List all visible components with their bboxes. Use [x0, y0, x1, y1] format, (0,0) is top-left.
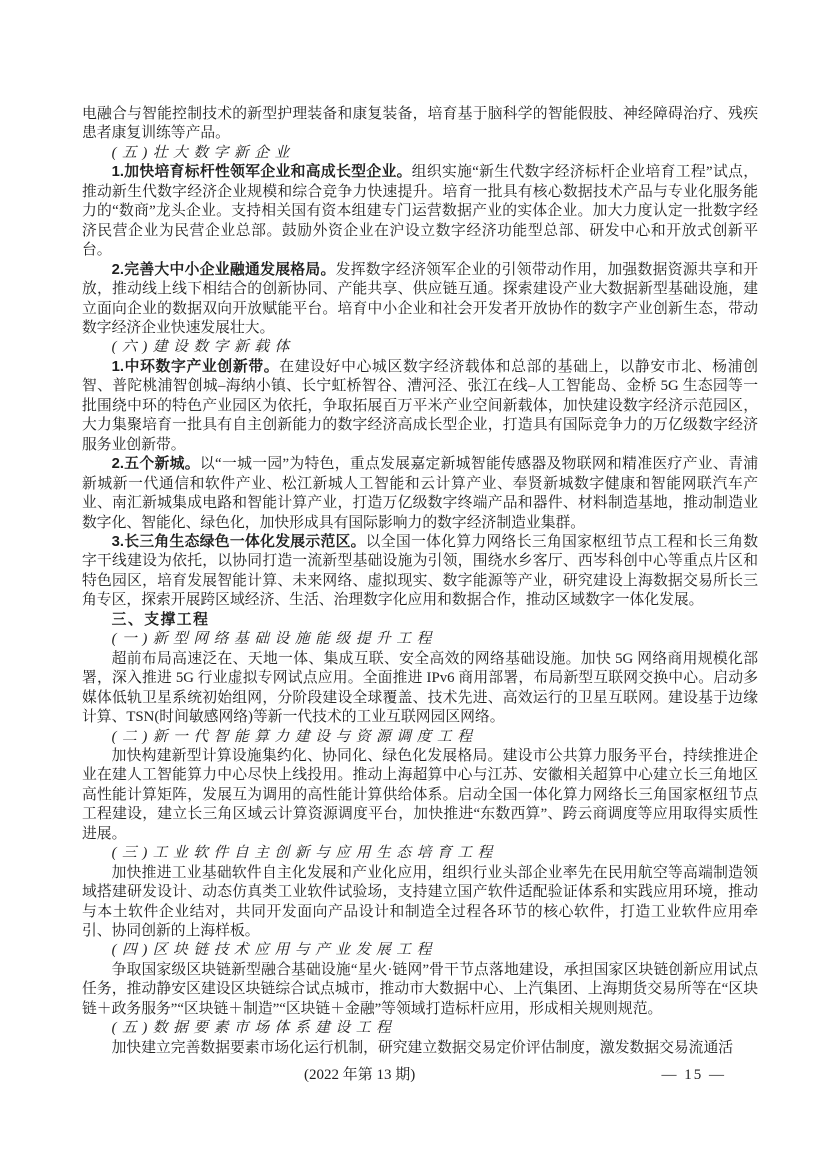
section-heading: (五)数据要素市场体系建设工程 — [82, 1019, 758, 1038]
paragraph: 2.五个新城。以“一城一园”为特色，重点发展嘉定新城智能传感器及物联网和精准医疗… — [82, 455, 758, 533]
document-page: 电融合与智能控制技术的新型护理装备和康复装备，培育基于脑科学的智能假肢、神经障碍… — [0, 0, 827, 1170]
bold-lead-text: 2.五个新城。 — [112, 456, 200, 472]
bold-lead-text: 三、支撑工程 — [112, 612, 210, 628]
paragraph: 1.加快培育标杆性领军企业和高成长型企业。组织实施“新生代数字经济标杆企业培育工… — [82, 163, 758, 260]
kai-heading-text: (二)新一代智能算力建设与资源调度工程 — [112, 729, 478, 745]
paragraph: 电融合与智能控制技术的新型护理装备和康复装备，培育基于脑科学的智能假肢、神经障碍… — [82, 105, 758, 144]
text-segment: 加快推进工业基础软件自主化发展和产业化应用，组织行业头部企业率先在民用航空等高端… — [82, 865, 758, 939]
section-heading: (二)新一代智能算力建设与资源调度工程 — [82, 728, 758, 747]
document-text: 电融合与智能控制技术的新型护理装备和康复装备，培育基于脑科学的智能假肢、神经障碍… — [82, 105, 758, 1058]
kai-heading-text: (五)数据要素市场体系建设工程 — [112, 1020, 397, 1036]
paragraph: 1.中环数字产业创新带。在建设好中心城区数字经济载体和总部的基础上，以静安市北、… — [82, 358, 758, 455]
text-segment: 超前布局高速泛在、天地一体、集成互联、安全高效的网络基础设施。加快 5G 网络商… — [82, 651, 758, 725]
paragraph: 加快建立完善数据要素市场化运行机制，研究建立数据交易定价评估制度，激发数据交易流… — [82, 1039, 758, 1058]
kai-heading-text: (三)工业软件自主创新与应用生态培育工程 — [112, 845, 498, 861]
paragraph: 2.完善大中小企业融通发展格局。发挥数字经济领军企业的引领带动作用，加强数据资源… — [82, 261, 758, 339]
section-heading: (三)工业软件自主创新与应用生态培育工程 — [82, 844, 758, 863]
kai-heading-text: (五)壮大数字新企业 — [112, 145, 295, 161]
kai-heading-text: (四)区块链技术应用与产业发展工程 — [112, 942, 437, 958]
section-heading: (五)壮大数字新企业 — [82, 144, 758, 163]
bold-lead-text: 3.长三角生态绿色一体化发展示范区。 — [112, 534, 366, 550]
kai-heading-text: (六)建设数字新载体 — [112, 339, 295, 355]
kai-heading-text: (一)新型网络基础设施能级提升工程 — [112, 631, 437, 647]
paragraph: 争取国家级区块链新型融合基础设施“星火·链网”骨干节点落地建设，承担国家区块链创… — [82, 961, 758, 1019]
section-heading: 三、支撑工程 — [82, 611, 758, 630]
paragraph: 超前布局高速泛在、天地一体、集成互联、安全高效的网络基础设施。加快 5G 网络商… — [82, 650, 758, 728]
text-segment: 电融合与智能控制技术的新型护理装备和康复装备，培育基于脑科学的智能假肢、神经障碍… — [82, 106, 758, 141]
bold-lead-text: 2.完善大中小企业融通发展格局。 — [112, 262, 336, 278]
paragraph: 加快推进工业基础软件自主化发展和产业化应用，组织行业头部企业率先在民用航空等高端… — [82, 864, 758, 942]
section-heading: (一)新型网络基础设施能级提升工程 — [82, 630, 758, 649]
page-footer: (2022 年第 13 期) — 15 — — [82, 1064, 758, 1086]
paragraph: 加快构建新型计算设施集约化、协同化、绿色化发展格局。建设市公共算力服务平台，持续… — [82, 747, 758, 844]
page-number: — 15 — — [662, 1064, 727, 1086]
text-segment: 加快建立完善数据要素市场化运行机制，研究建立数据交易定价评估制度，激发数据交易流… — [112, 1040, 733, 1056]
bold-lead-text: 1.中环数字产业创新带。 — [112, 359, 280, 375]
section-heading: (六)建设数字新载体 — [82, 338, 758, 357]
paragraph: 3.长三角生态绿色一体化发展示范区。以全国一体化算力网络长三角国家枢纽节点工程和… — [82, 533, 758, 611]
journal-issue-label: (2022 年第 13 期) — [304, 1064, 415, 1086]
text-segment: 争取国家级区块链新型融合基础设施“星火·链网”骨干节点落地建设，承担国家区块链创… — [82, 962, 758, 1017]
section-heading: (四)区块链技术应用与产业发展工程 — [82, 941, 758, 960]
text-segment: 加快构建新型计算设施集约化、协同化、绿色化发展格局。建设市公共算力服务平台，持续… — [82, 748, 758, 842]
bold-lead-text: 1.加快培育标杆性领军企业和高成长型企业。 — [112, 164, 412, 180]
